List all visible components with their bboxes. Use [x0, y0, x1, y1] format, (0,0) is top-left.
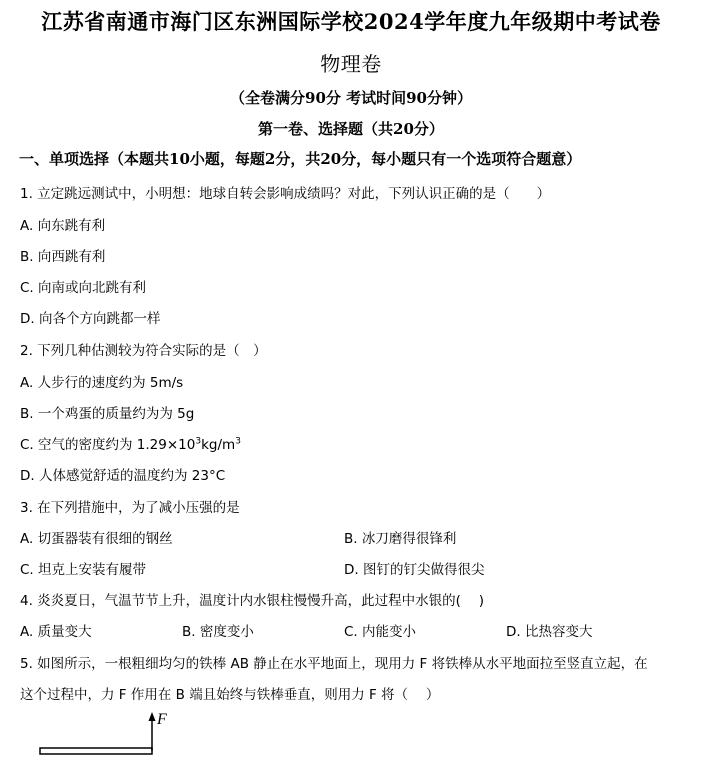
question-4-option-a: A. 质量变大: [20, 620, 92, 640]
question-5-stem-line-2: 这个过程中，力 F 作用在 B 端且始终与铁棒垂直，则用力 F 将（ ）: [20, 683, 439, 703]
question-4-option-d: D. 比热容变大: [506, 620, 592, 640]
question-1-option-d: D. 向各个方向跳都一样: [20, 307, 160, 327]
exam-title: 江苏省南通市海门区东洲国际学校2024学年度九年级期中考试卷: [0, 6, 702, 36]
question-1-option-a: A. 向东跳有利: [20, 214, 105, 234]
svg-text:F: F: [156, 711, 167, 728]
question-4-option-b: B. 密度变小: [182, 620, 254, 640]
exam-info: （全卷满分90分 考试时间90分钟）: [0, 87, 702, 108]
question-3-stem: 3. 在下列措施中，为了减小压强的是: [20, 496, 240, 516]
question-2-option-c: C. 空气的密度约为 1.29×103kg/m3: [20, 433, 241, 453]
question-3-option-d: D. 图钉的钉尖做得很尖: [344, 558, 484, 578]
question-5-stem-line-1: 5. 如图所示，一根粗细均匀的铁棒 AB 静止在水平地面上，现用力 F 将铁棒从…: [20, 652, 648, 672]
question-2-option-a: A. 人步行的速度约为 5m/s: [20, 371, 183, 391]
section-heading: 一、单项选择（本题共10小题，每题2分，共20分，每小题只有一个选项符合题意）: [19, 148, 581, 169]
question-1-option-b: B. 向西跳有利: [20, 245, 105, 265]
part-heading: 第一卷、选择题（共20分）: [0, 118, 702, 139]
question-2-stem: 2. 下列几种估测较为符合实际的是（ ）: [20, 339, 267, 359]
question-4-stem: 4. 炎炎夏日，气温节节上升，温度计内水银柱慢慢升高，此过程中水银的( ): [20, 589, 484, 609]
question-1-stem: 1. 立定跳远测试中，小明想：地球自转会影响成绩吗？对此，下列认识正确的是（ ）: [20, 182, 550, 202]
question-3-option-a: A. 切蛋器装有很细的钢丝: [20, 527, 173, 547]
lever-figure: F: [30, 708, 180, 760]
question-2-option-b: B. 一个鸡蛋的质量约为为 5g: [20, 402, 194, 422]
iron-bar-force-diagram: F: [30, 708, 180, 760]
question-3-option-c: C. 坦克上安装有履带: [20, 558, 146, 578]
subject-title: 物理卷: [0, 48, 702, 77]
question-2-option-d: D. 人体感觉舒适的温度约为 23°C: [20, 464, 225, 484]
question-3-option-b: B. 冰刀磨得很锋利: [344, 527, 456, 547]
question-1-option-c: C. 向南或向北跳有利: [20, 276, 146, 296]
question-4-option-c: C. 内能变小: [344, 620, 416, 640]
